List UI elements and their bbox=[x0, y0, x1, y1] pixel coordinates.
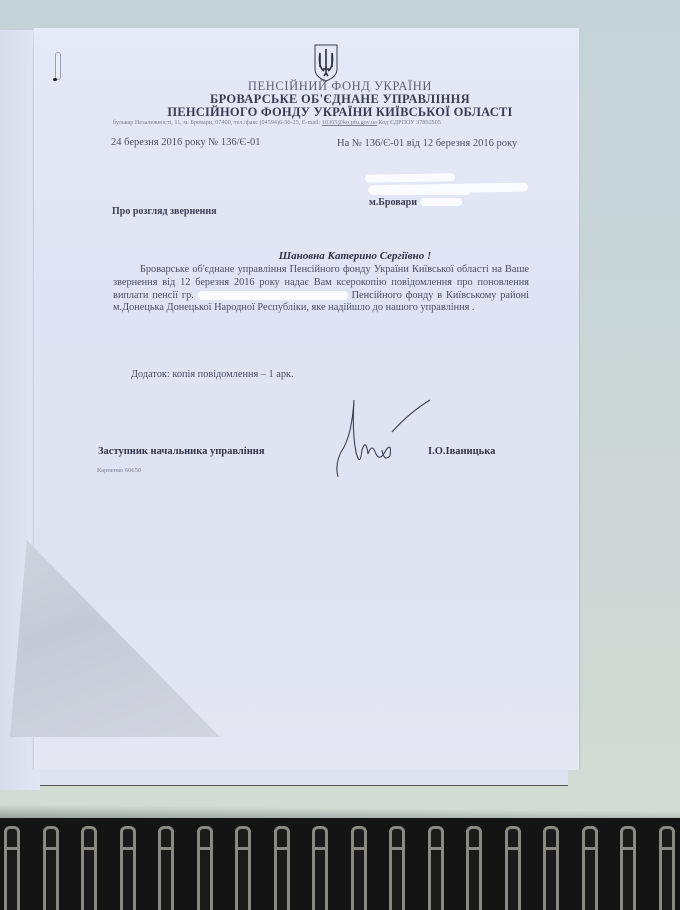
signer-title: Заступник начальника управління bbox=[98, 446, 265, 457]
radiator-slat bbox=[505, 826, 521, 910]
email-link[interactable]: 10365@ko.pfu.gov.ua bbox=[322, 119, 377, 126]
radiator-grille bbox=[0, 818, 680, 910]
radiator-slat bbox=[235, 826, 251, 910]
staple-icon bbox=[55, 52, 61, 80]
edrpou-code: Код ЄДРПОУ 37892505 bbox=[378, 119, 440, 126]
radiator-slat bbox=[351, 826, 367, 910]
radiator-slat bbox=[4, 826, 20, 910]
radiator-slat bbox=[659, 826, 675, 910]
radiator-slat bbox=[158, 826, 174, 910]
radiator-slat bbox=[274, 826, 290, 910]
radiator-slat bbox=[428, 826, 444, 910]
radiator-slat bbox=[197, 826, 213, 910]
handwritten-signature-icon bbox=[330, 392, 440, 482]
redacted-recipient-line-1 bbox=[365, 173, 455, 183]
radiator-slat bbox=[389, 826, 405, 910]
letter-subject: Про розгляд звернення bbox=[112, 206, 217, 217]
attachment-note: Додаток: копія повідомлення – 1 арк. bbox=[131, 369, 294, 380]
radiator-slat bbox=[582, 826, 598, 910]
radiator-slat bbox=[543, 826, 559, 910]
trident-emblem-icon bbox=[312, 43, 340, 83]
radiator-slat bbox=[120, 826, 136, 910]
header-address: бульвар Незалежності, 11, м. Бровари, 07… bbox=[113, 119, 441, 126]
executor-note: Карпенко 60650 bbox=[97, 467, 141, 474]
incoming-reference: На № 136/Є-01 від 12 березня 2016 року bbox=[337, 138, 517, 149]
signer-name: І.О.Іваницька bbox=[428, 446, 495, 457]
redacted-recipient-line-3 bbox=[370, 189, 470, 195]
radiator-slat bbox=[43, 826, 59, 910]
header-region-line: ПЕНСІЙНОГО ФОНДУ УКРАЇНИ КИЇВСЬКОЇ ОБЛАС… bbox=[0, 105, 680, 120]
letter-body: Броварське об'єднане управління Пенсійно… bbox=[113, 264, 529, 315]
outgoing-reference: 24 березня 2016 року № 136/Є-01 bbox=[111, 137, 260, 148]
radiator-slat bbox=[620, 826, 636, 910]
salutation: Шановна Катерино Сергіївно ! bbox=[0, 250, 680, 262]
redacted-name bbox=[198, 291, 348, 300]
recipient-city: м.Бровари bbox=[369, 197, 417, 208]
radiator-slat bbox=[81, 826, 97, 910]
radiator-slat bbox=[312, 826, 328, 910]
redacted-recipient-line-4 bbox=[420, 198, 462, 206]
radiator-slat bbox=[466, 826, 482, 910]
address-text: бульвар Незалежності, 11, м. Бровари, 07… bbox=[113, 119, 320, 126]
